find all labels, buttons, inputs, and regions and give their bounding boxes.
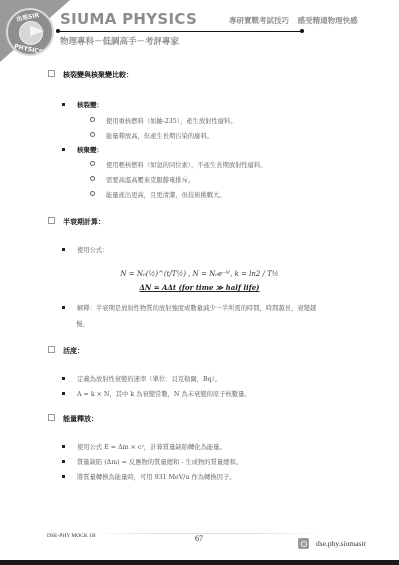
list-item-text: A = k × N，其中 k 為衰變常數，N 為未衰變的原子核數量。 <box>77 391 251 398</box>
list-item: 解釋：半衰期是放射性物質的放射強度或數量減少一半所需的時間，時間越長，衰變越 <box>62 303 316 312</box>
list-item-text: 使用公式： <box>77 247 108 254</box>
plane-icon <box>30 26 44 36</box>
footer-exam-label: DSE-PHY MOCK 1B <box>47 533 96 539</box>
section-title: 能量釋放： <box>63 415 98 423</box>
section-title: 活度： <box>63 347 84 355</box>
list-item: 核聚變： <box>62 145 103 154</box>
sub-list-item-text: 使用輕核燃料（如氫的同位素），不產生長期放射性廢料。 <box>106 162 267 169</box>
sub-list-item-text: 能量釋放高，但產生長期污染的廢料。 <box>106 133 213 140</box>
list-item: 使用公式： <box>62 245 108 254</box>
circle-bullet-icon <box>90 117 95 122</box>
list-item-text: 將質量轉換為能量時，可用 931 MeV/u 作為轉換因子。 <box>77 474 236 481</box>
checkbox-bullet-icon <box>48 217 55 224</box>
sub-list-item-text: 使用重核燃料（如鈾-235），產生放射性廢料。 <box>106 118 237 125</box>
bullet-icon <box>62 248 65 251</box>
list-item: A = k × N，其中 k 為衰變常數，N 為未衰變的原子核數量。 <box>62 389 251 398</box>
list-item: 核裂變： <box>62 100 103 109</box>
section-heading-fission-fusion: 核裂變與核聚變比較： <box>48 70 133 80</box>
footer-divider <box>90 533 320 534</box>
list-item-label: 核聚變： <box>77 146 103 154</box>
circle-bullet-icon <box>90 176 95 181</box>
siuma-logo: 由馬SIR PHYSICS <box>6 8 54 56</box>
section-title: 半衰期計算： <box>63 218 105 226</box>
header-slogan: 專研實戰考試技巧 感受精通物理快感 <box>229 15 358 26</box>
header-divider <box>57 31 302 32</box>
bottom-edge-bar <box>0 560 399 565</box>
sub-list-item-text: 能量產出更高，且更清潔，但技術挑戰大。 <box>106 192 226 199</box>
sub-list-item: 能量釋放高，但產生長期污染的廢料。 <box>90 131 213 140</box>
bullet-icon <box>62 306 65 309</box>
list-item: 定義為放射性衰變的速率（單位：貝克勒爾，Bq）。 <box>62 374 221 383</box>
social-handle: dse.phy.siumasir <box>316 539 366 548</box>
checkbox-bullet-icon <box>48 70 55 77</box>
list-item-text: 使用公式 E = Δm × c²，計算質量缺陷轉化為能量。 <box>77 444 226 451</box>
sub-list-item: 能量產出更高，且更清潔，但技術挑戰大。 <box>90 190 226 199</box>
activity-approx-formula: ΔN = AΔt (for time ≫ half life) <box>0 283 399 292</box>
bullet-icon <box>62 445 65 448</box>
bullet-icon <box>62 377 65 380</box>
sub-list-item: 使用輕核燃料（如氫的同位素），不產生長期放射性廢料。 <box>90 160 267 169</box>
bullet-icon <box>62 148 65 151</box>
list-item-text: 質量缺陷 (Δm) = 反應物的質量總和 - 生成物的質量總和。 <box>77 459 242 466</box>
list-item: 將質量轉換為能量時，可用 931 MeV/u 作為轉換因子。 <box>62 472 236 481</box>
bullet-icon <box>62 460 65 463</box>
page-number: 67 <box>195 534 203 543</box>
list-item: 使用公式 E = Δm × c²，計算質量缺陷轉化為能量。 <box>62 442 226 451</box>
instagram-icon <box>298 538 309 549</box>
checkbox-bullet-icon <box>48 346 55 353</box>
bullet-icon <box>62 475 65 478</box>
list-item-text: 定義為放射性衰變的速率（單位：貝克勒爾，Bq）。 <box>77 376 221 383</box>
bullet-icon <box>62 103 65 106</box>
section-heading-energy-release: 能量釋放： <box>48 414 98 424</box>
bullet-icon <box>62 392 65 395</box>
circle-bullet-icon <box>90 132 95 137</box>
half-life-formula: N = N₀(½)^(t/T½) , N = N₀e⁻ᵏᵗ, k = ln2 /… <box>0 270 399 278</box>
header-divider-dot-right <box>300 29 304 33</box>
sub-list-item: 需要高溫高壓來克服靜電排斥。 <box>90 175 194 184</box>
slogan-part-1: 專研實戰考試技巧 <box>229 16 289 25</box>
sub-list-item-text: 需要高溫高壓來克服靜電排斥。 <box>106 177 194 184</box>
checkbox-bullet-icon <box>48 414 55 421</box>
sub-list-item: 使用重核燃料（如鈾-235），產生放射性廢料。 <box>90 116 237 125</box>
circle-bullet-icon <box>90 161 95 166</box>
document-page: 由馬SIR PHYSICS SIUMA PHYSICS 物理專科－低調高手－考評… <box>0 0 399 560</box>
list-item-continuation: 慢。 <box>76 319 89 328</box>
circle-bullet-icon <box>90 191 95 196</box>
brand-tagline: 物理專科－低調高手－考評專家 <box>60 35 179 47</box>
slogan-part-2: 感受精通物理快感 <box>298 16 358 25</box>
list-item-text: 解釋：半衰期是放射性物質的放射強度或數量減少一半所需的時間，時間越長，衰變越 <box>77 305 316 312</box>
section-heading-activity: 活度： <box>48 346 84 356</box>
header-divider-dot-left <box>56 29 60 33</box>
list-item: 質量缺陷 (Δm) = 反應物的質量總和 - 生成物的質量總和。 <box>62 457 242 466</box>
brand-title: SIUMA PHYSICS <box>60 10 197 28</box>
section-heading-half-life: 半衰期計算： <box>48 217 105 227</box>
section-title: 核裂變與核聚變比較： <box>63 71 133 79</box>
list-item-label: 核裂變： <box>77 101 103 109</box>
